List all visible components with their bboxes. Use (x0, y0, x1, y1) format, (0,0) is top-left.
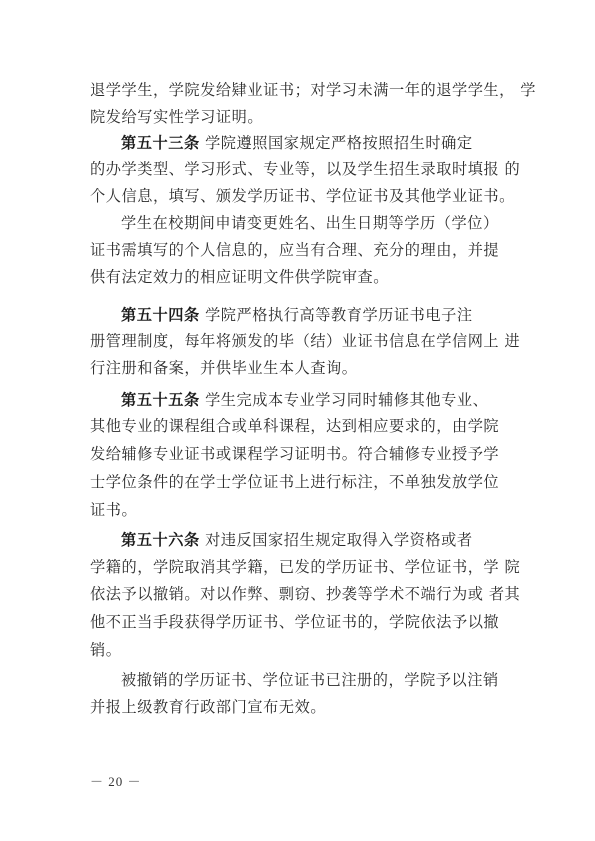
line-text: 他不正当手段获得学历证书、学位证书的，学院依法予以撤 (90, 613, 499, 631)
line-text: 证书需填写的个人信息的，应当有合理、充分的理由，并提 (90, 241, 499, 259)
article-number: 第五十三条 (121, 134, 200, 152)
text-line: 证书需填写的个人信息的，应当有合理、充分的理由，并提 (90, 240, 499, 260)
text-line: 发给辅修专业证书或课程学习证明书。符合辅修专业授予学 (90, 444, 499, 464)
line-text: 证书。 (90, 501, 137, 519)
article-heading-line: 第五十六条 对违反国家招生规定取得入学资格或者 (121, 530, 473, 550)
text-line: 士学位条件的在学士学位证书上进行标注，不单独发放学位 (90, 472, 499, 492)
line-text: 依法予以撤销。对以作弊、剽窃、抄袭等学术不端行为或 者其 (90, 585, 520, 603)
line-text: 并报上级教育行政部门宣布无效。 (90, 698, 326, 716)
text-line: 的办学类型、学习形式、专业等，以及学生招生录取时填报 的 (90, 159, 520, 179)
line-text: 其他专业的课程组合或单科课程，达到相应要求的，由学院 (90, 417, 499, 435)
line-text: 行注册和备案，并供毕业生本人查询。 (90, 359, 358, 377)
text-line: 册管理制度，每年将颁发的毕（结）业证书信息在学信网上 进 (90, 331, 520, 351)
line-text: 销。 (90, 641, 121, 659)
line-text: 个人信息，填写、颁发学历证书、学位证书及其他学业证书。 (90, 187, 515, 205)
line-text: 册管理制度，每年将颁发的毕（结）业证书信息在学信网上 进 (90, 332, 520, 350)
article-number: 第五十五条 (121, 391, 200, 409)
line-text: 士学位条件的在学士学位证书上进行标注，不单独发放学位 (90, 473, 499, 491)
text-line: 他不正当手段获得学历证书、学位证书的，学院依法予以撤 (90, 612, 499, 632)
text-line: 并报上级教育行政部门宣布无效。 (90, 697, 326, 717)
text-line: 供有法定效力的相应证明文件供学院审查。 (90, 267, 389, 287)
text-line: 销。 (90, 640, 121, 660)
article-heading-line: 第五十五条 学生完成本专业学习同时辅修其他专业、 (121, 390, 488, 410)
text-line: 学生在校期间申请变更姓名、出生日期等学历（学位） (121, 213, 499, 233)
text-line: 退学学生，学院发给肄业证书；对学习未满一年的退学学生， 学 (90, 80, 536, 100)
line-text: 发给辅修专业证书或课程学习证明书。符合辅修专业授予学 (90, 445, 499, 463)
article-heading-line: 第五十四条 学院严格执行高等教育学历证书电子注 (121, 305, 473, 325)
line-text: 学院遵照国家规定严格按照招生时确定 (200, 134, 473, 152)
line-text: 学院严格执行高等教育学历证书电子注 (200, 306, 473, 324)
text-line: 行注册和备案，并供毕业生本人查询。 (90, 358, 358, 378)
article-number: 第五十六条 (121, 531, 200, 549)
text-line: 学籍的，学院取消其学籍，已发的学历证书、学位证书，学 院 (90, 557, 520, 577)
line-text: 院发给写实性学习证明。 (90, 108, 263, 126)
article-number: 第五十四条 (121, 306, 200, 324)
text-line: 被撤销的学历证书、学位证书已注册的，学院予以注销 (121, 670, 499, 690)
text-line: 院发给写实性学习证明。 (90, 107, 263, 127)
line-text: 对违反国家招生规定取得入学资格或者 (200, 531, 473, 549)
line-text: 退学学生，学院发给肄业证书；对学习未满一年的退学学生， 学 (90, 81, 536, 99)
text-line: 其他专业的课程组合或单科课程，达到相应要求的，由学院 (90, 416, 499, 436)
text-line: 证书。 (90, 500, 137, 520)
line-text: 学生完成本专业学习同时辅修其他专业、 (200, 391, 489, 409)
line-text: 供有法定效力的相应证明文件供学院审查。 (90, 268, 389, 286)
text-line: 个人信息，填写、颁发学历证书、学位证书及其他学业证书。 (90, 186, 515, 206)
article-heading-line: 第五十三条 学院遵照国家规定严格按照招生时确定 (121, 133, 473, 153)
line-text: 学生在校期间申请变更姓名、出生日期等学历（学位） (121, 214, 499, 232)
line-text: 学籍的，学院取消其学籍，已发的学历证书、学位证书，学 院 (90, 558, 520, 576)
line-text: 的办学类型、学习形式、专业等，以及学生招生录取时填报 的 (90, 160, 520, 178)
text-line: 依法予以撤销。对以作弊、剽窃、抄袭等学术不端行为或 者其 (90, 584, 520, 604)
page-number: － 20 － (90, 771, 142, 790)
document-page: 退学学生，学院发给肄业证书；对学习未满一年的退学学生， 学院发给写实性学习证明。… (0, 0, 595, 841)
line-text: 被撤销的学历证书、学位证书已注册的，学院予以注销 (121, 671, 499, 689)
